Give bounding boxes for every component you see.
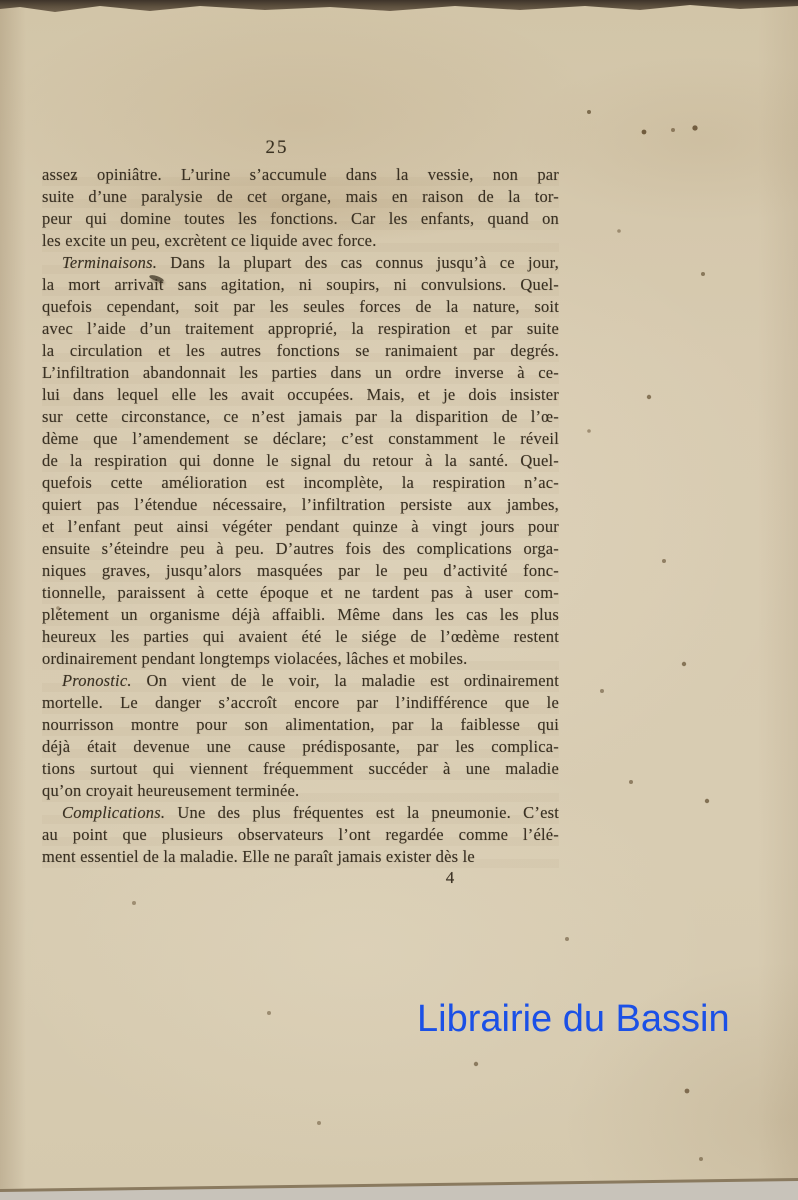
text-line: heureux les parties qui avaient été le s… — [42, 626, 559, 648]
text-line: Pronostic. On vient de le voir, la malad… — [42, 670, 559, 692]
text-line: déjà était devenue une cause prédisposan… — [42, 736, 559, 758]
text-line: peur qui domine toutes les fonctions. Ca… — [42, 208, 559, 230]
text-line: au point que plusieurs observateurs l’on… — [42, 824, 559, 846]
text-line: les excite un peu, excrètent ce liquide … — [42, 230, 559, 252]
text-line: tionnelle, paraissent à cette époque et … — [42, 582, 559, 604]
paper-top-edge — [0, 0, 798, 14]
text-line: ensuite s’éteindre peu à peu. D’autres f… — [42, 538, 559, 560]
text-line: Complications. Une des plus fréquentes e… — [42, 802, 559, 824]
text-line: sur cette circonstance, ce n’est jamais … — [42, 406, 559, 428]
paragraph-lead: Pronostic. — [62, 671, 132, 690]
text-line: L’infiltration abandonnait les parties d… — [42, 362, 559, 384]
watermark: Librairie du Bassin — [417, 998, 730, 1041]
text-line: la circulation et les autres fonctions s… — [42, 340, 559, 362]
text-line: suite d’une paralysie de cet organe, mai… — [42, 186, 559, 208]
text-line: de la respiration qui donne le signal du… — [42, 450, 559, 472]
text-line: dème que l’amendement se déclare; c’est … — [42, 428, 559, 450]
text-line: qu’on croyait heureusement terminée. — [42, 780, 559, 802]
scanned-page: 25 assez opiniâtre. L’urine s’accumule d… — [0, 0, 798, 1200]
text-line: assez opiniâtre. L’urine s’accumule dans… — [42, 164, 559, 186]
page-number: 25 — [42, 137, 512, 159]
text-line: ment essentiel de la maladie. Elle ne pa… — [42, 846, 559, 868]
paragraph: assez opiniâtre. L’urine s’accumule dans… — [42, 164, 559, 252]
text-line: nourrisson montre pour son alimentation,… — [42, 714, 559, 736]
paragraph: Pronostic. On vient de le voir, la malad… — [42, 670, 559, 802]
paragraph-lead: Terminaisons. — [62, 253, 157, 272]
text-line: plétement un organisme déjà affaibli. Mê… — [42, 604, 559, 626]
text-line: et l’enfant peut ainsi végéter pendant q… — [42, 516, 559, 538]
text-line: Terminaisons. Dans la plupart des cas co… — [42, 252, 559, 274]
paragraph: Complications. Une des plus fréquentes e… — [42, 802, 559, 868]
text-line: quiert pas l’étendue nécessaire, l’infil… — [42, 494, 559, 516]
text-line: quefois cependant, soit par les seules f… — [42, 296, 559, 318]
body-text: assez opiniâtre. L’urine s’accumule dans… — [42, 164, 559, 868]
text-line: lui dans lequel elle les avait occupées.… — [42, 384, 559, 406]
paragraph: Terminaisons. Dans la plupart des cas co… — [42, 252, 559, 670]
signature-mark: 4 — [430, 868, 470, 888]
text-line: mortelle. Le danger s’accroît encore par… — [42, 692, 559, 714]
text-line: la mort arrivait sans agitation, ni soup… — [42, 274, 559, 296]
text-line: ordinairement pendant longtemps violacée… — [42, 648, 559, 670]
foxing-specks — [0, 0, 2, 2]
text-line: niques graves, jusqu’alors masquées par … — [42, 560, 559, 582]
text-line: avec l’aide d’un traitement approprié, l… — [42, 318, 559, 340]
paragraph-lead: Complications. — [62, 803, 165, 822]
text-line: tions surtout qui viennent fréquemment s… — [42, 758, 559, 780]
text-line: quefois cette amélioration est incomplèt… — [42, 472, 559, 494]
